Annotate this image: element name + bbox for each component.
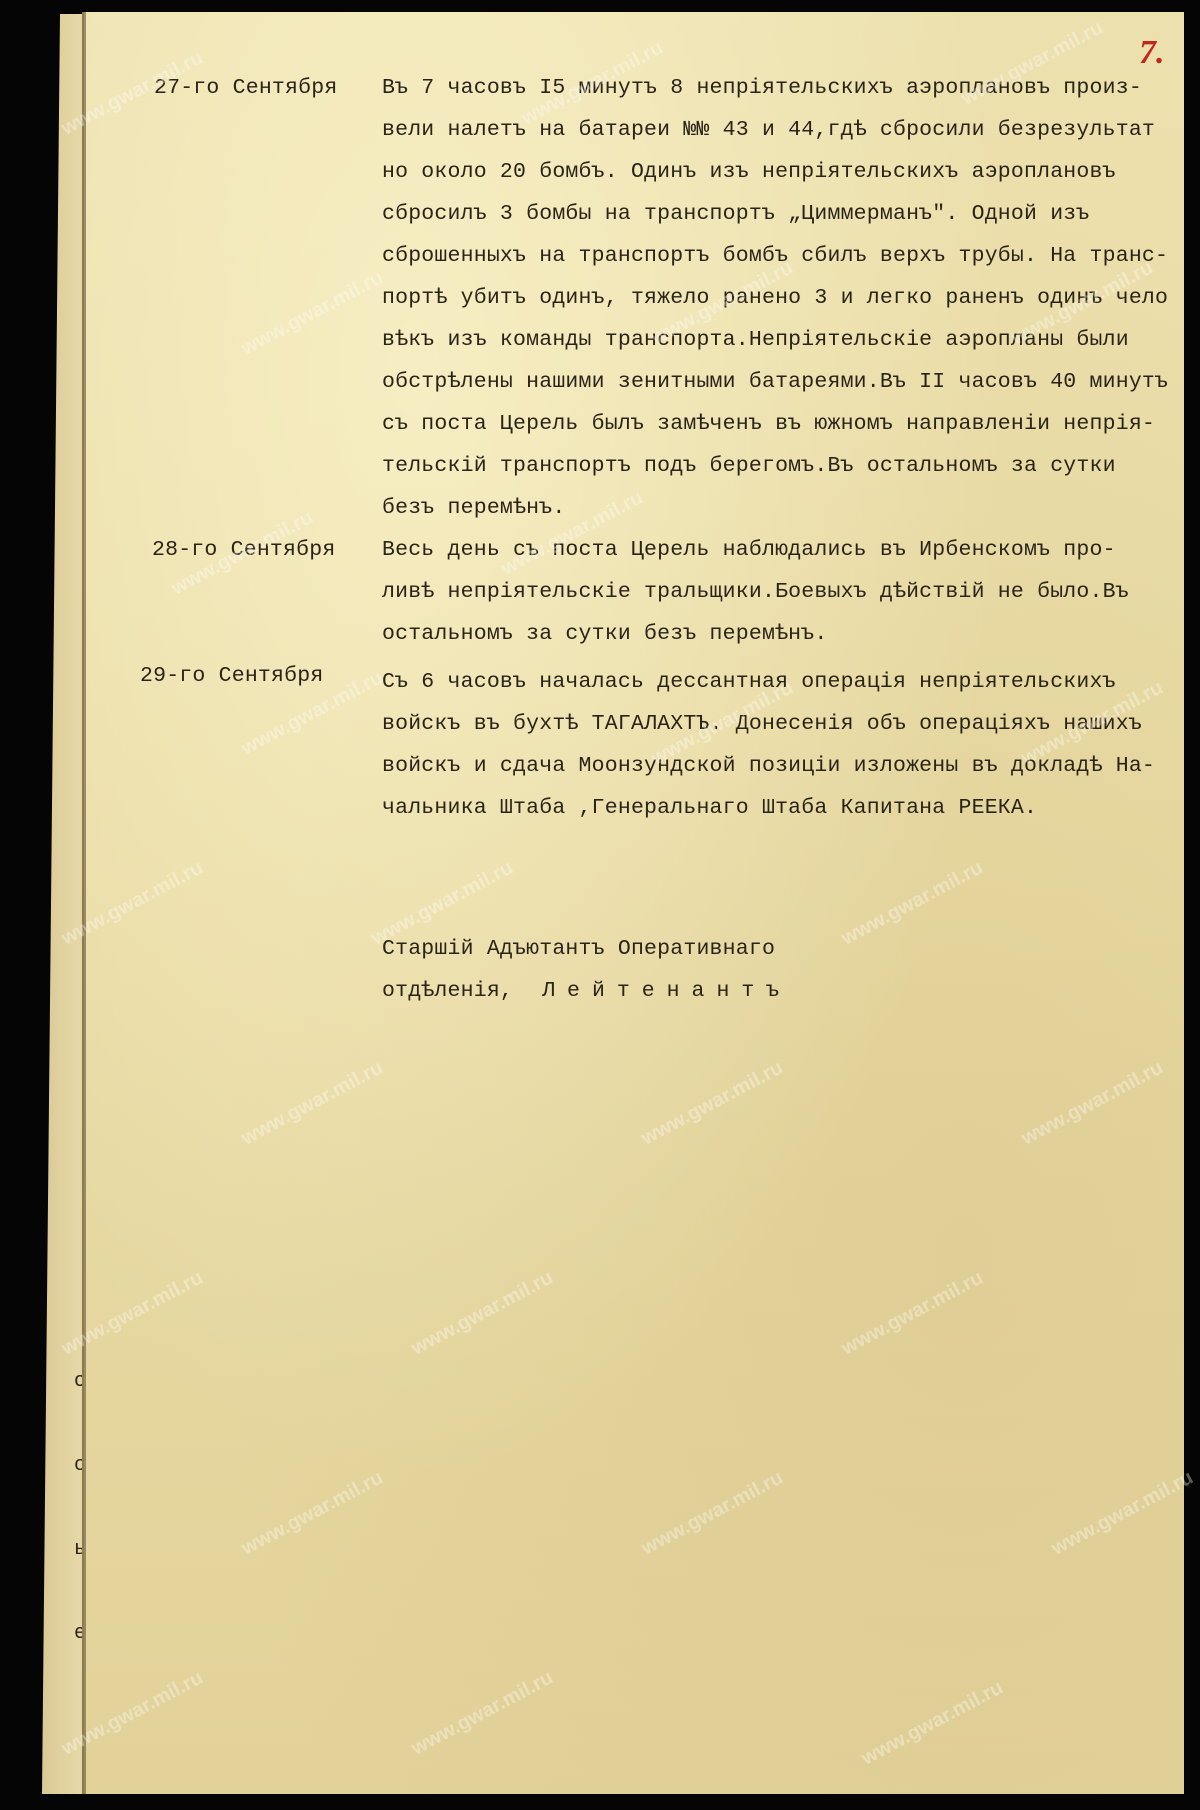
signature-department-label: отдѣленія, <box>382 979 513 1003</box>
entry-line: безъ перемѣнъ. <box>382 496 565 520</box>
fold-line <box>84 12 86 1794</box>
entry-line: войскъ въ бухтѣ ТАГАЛАХТЪ. Донесенія объ… <box>382 712 1142 736</box>
entry-line: ливѣ непріятельскіе тральщики.Боевыхъ дѣ… <box>382 580 1129 604</box>
watermark: www.gwar.mil.ru <box>858 1676 1007 1770</box>
entry-line: войскъ и сдача Моонзундской позиціи изло… <box>382 754 1155 778</box>
document-page: 7. 27-го Сентября Въ 7 часовъ I5 минутъ … <box>82 12 1184 1794</box>
watermark: www.gwar.mil.ru <box>838 1266 987 1360</box>
signature-title: Старшій Адъютантъ Оперативнаго <box>382 937 775 961</box>
entry-date-27: 27-го Сентября <box>154 76 337 100</box>
page-number: 7. <box>1139 34 1165 72</box>
signature-rank: Лейтенантъ <box>542 979 791 1003</box>
watermark: www.gwar.mil.ru <box>1048 1466 1197 1560</box>
watermark: www.gwar.mil.ru <box>638 1466 787 1560</box>
entry-line: портѣ убитъ одинъ, тяжело ранено 3 и лег… <box>382 286 1168 310</box>
entry-date-29: 29-го Сентября <box>140 664 323 688</box>
entry-line: обстрѣлены нашими зенитными батареями.Въ… <box>382 370 1168 394</box>
watermark: www.gwar.mil.ru <box>408 1266 557 1360</box>
watermark: www.gwar.mil.ru <box>238 266 387 360</box>
entry-line: чальника Штаба ,Генеральнаго Штаба Капит… <box>382 796 1037 820</box>
entry-date-28: 28-го Сентября <box>152 538 335 562</box>
entry-line: Весь день съ поста Церель наблюдались въ… <box>382 538 1116 562</box>
entry-line: вели налетъ на батареи №№ 43 и 44,гдѣ сб… <box>382 118 1155 142</box>
watermark: www.gwar.mil.ru <box>1018 1056 1167 1150</box>
entry-line: Съ 6 часовъ началась дессантная операція… <box>382 670 1116 694</box>
entry-line: сбросилъ 3 бомбы на транспортъ „Циммерма… <box>382 202 1090 226</box>
entry-line: вѣкъ изъ команды транспорта.Непріятельск… <box>382 328 1129 352</box>
watermark: www.gwar.mil.ru <box>238 1056 387 1150</box>
entry-line: но около 20 бомбъ. Одинъ изъ непріятельс… <box>382 160 1116 184</box>
signature-department: отдѣленія, Лейтенантъ <box>382 979 791 1003</box>
entry-line: Въ 7 часовъ I5 минутъ 8 непріятельскихъ … <box>382 76 1142 100</box>
watermark: www.gwar.mil.ru <box>238 1466 387 1560</box>
entry-line: остальномъ за сутки безъ перемѣнъ. <box>382 622 827 646</box>
entry-line: сброшенныхъ на транспортъ бомбъ сбилъ ве… <box>382 244 1168 268</box>
watermark: www.gwar.mil.ru <box>838 856 987 950</box>
entry-line: съ поста Церель былъ замѣченъ въ южномъ … <box>382 412 1155 436</box>
watermark: www.gwar.mil.ru <box>638 1056 787 1150</box>
watermark: www.gwar.mil.ru <box>408 1666 557 1760</box>
entry-line: тельскій транспортъ подъ берегомъ.Въ ост… <box>382 454 1116 478</box>
